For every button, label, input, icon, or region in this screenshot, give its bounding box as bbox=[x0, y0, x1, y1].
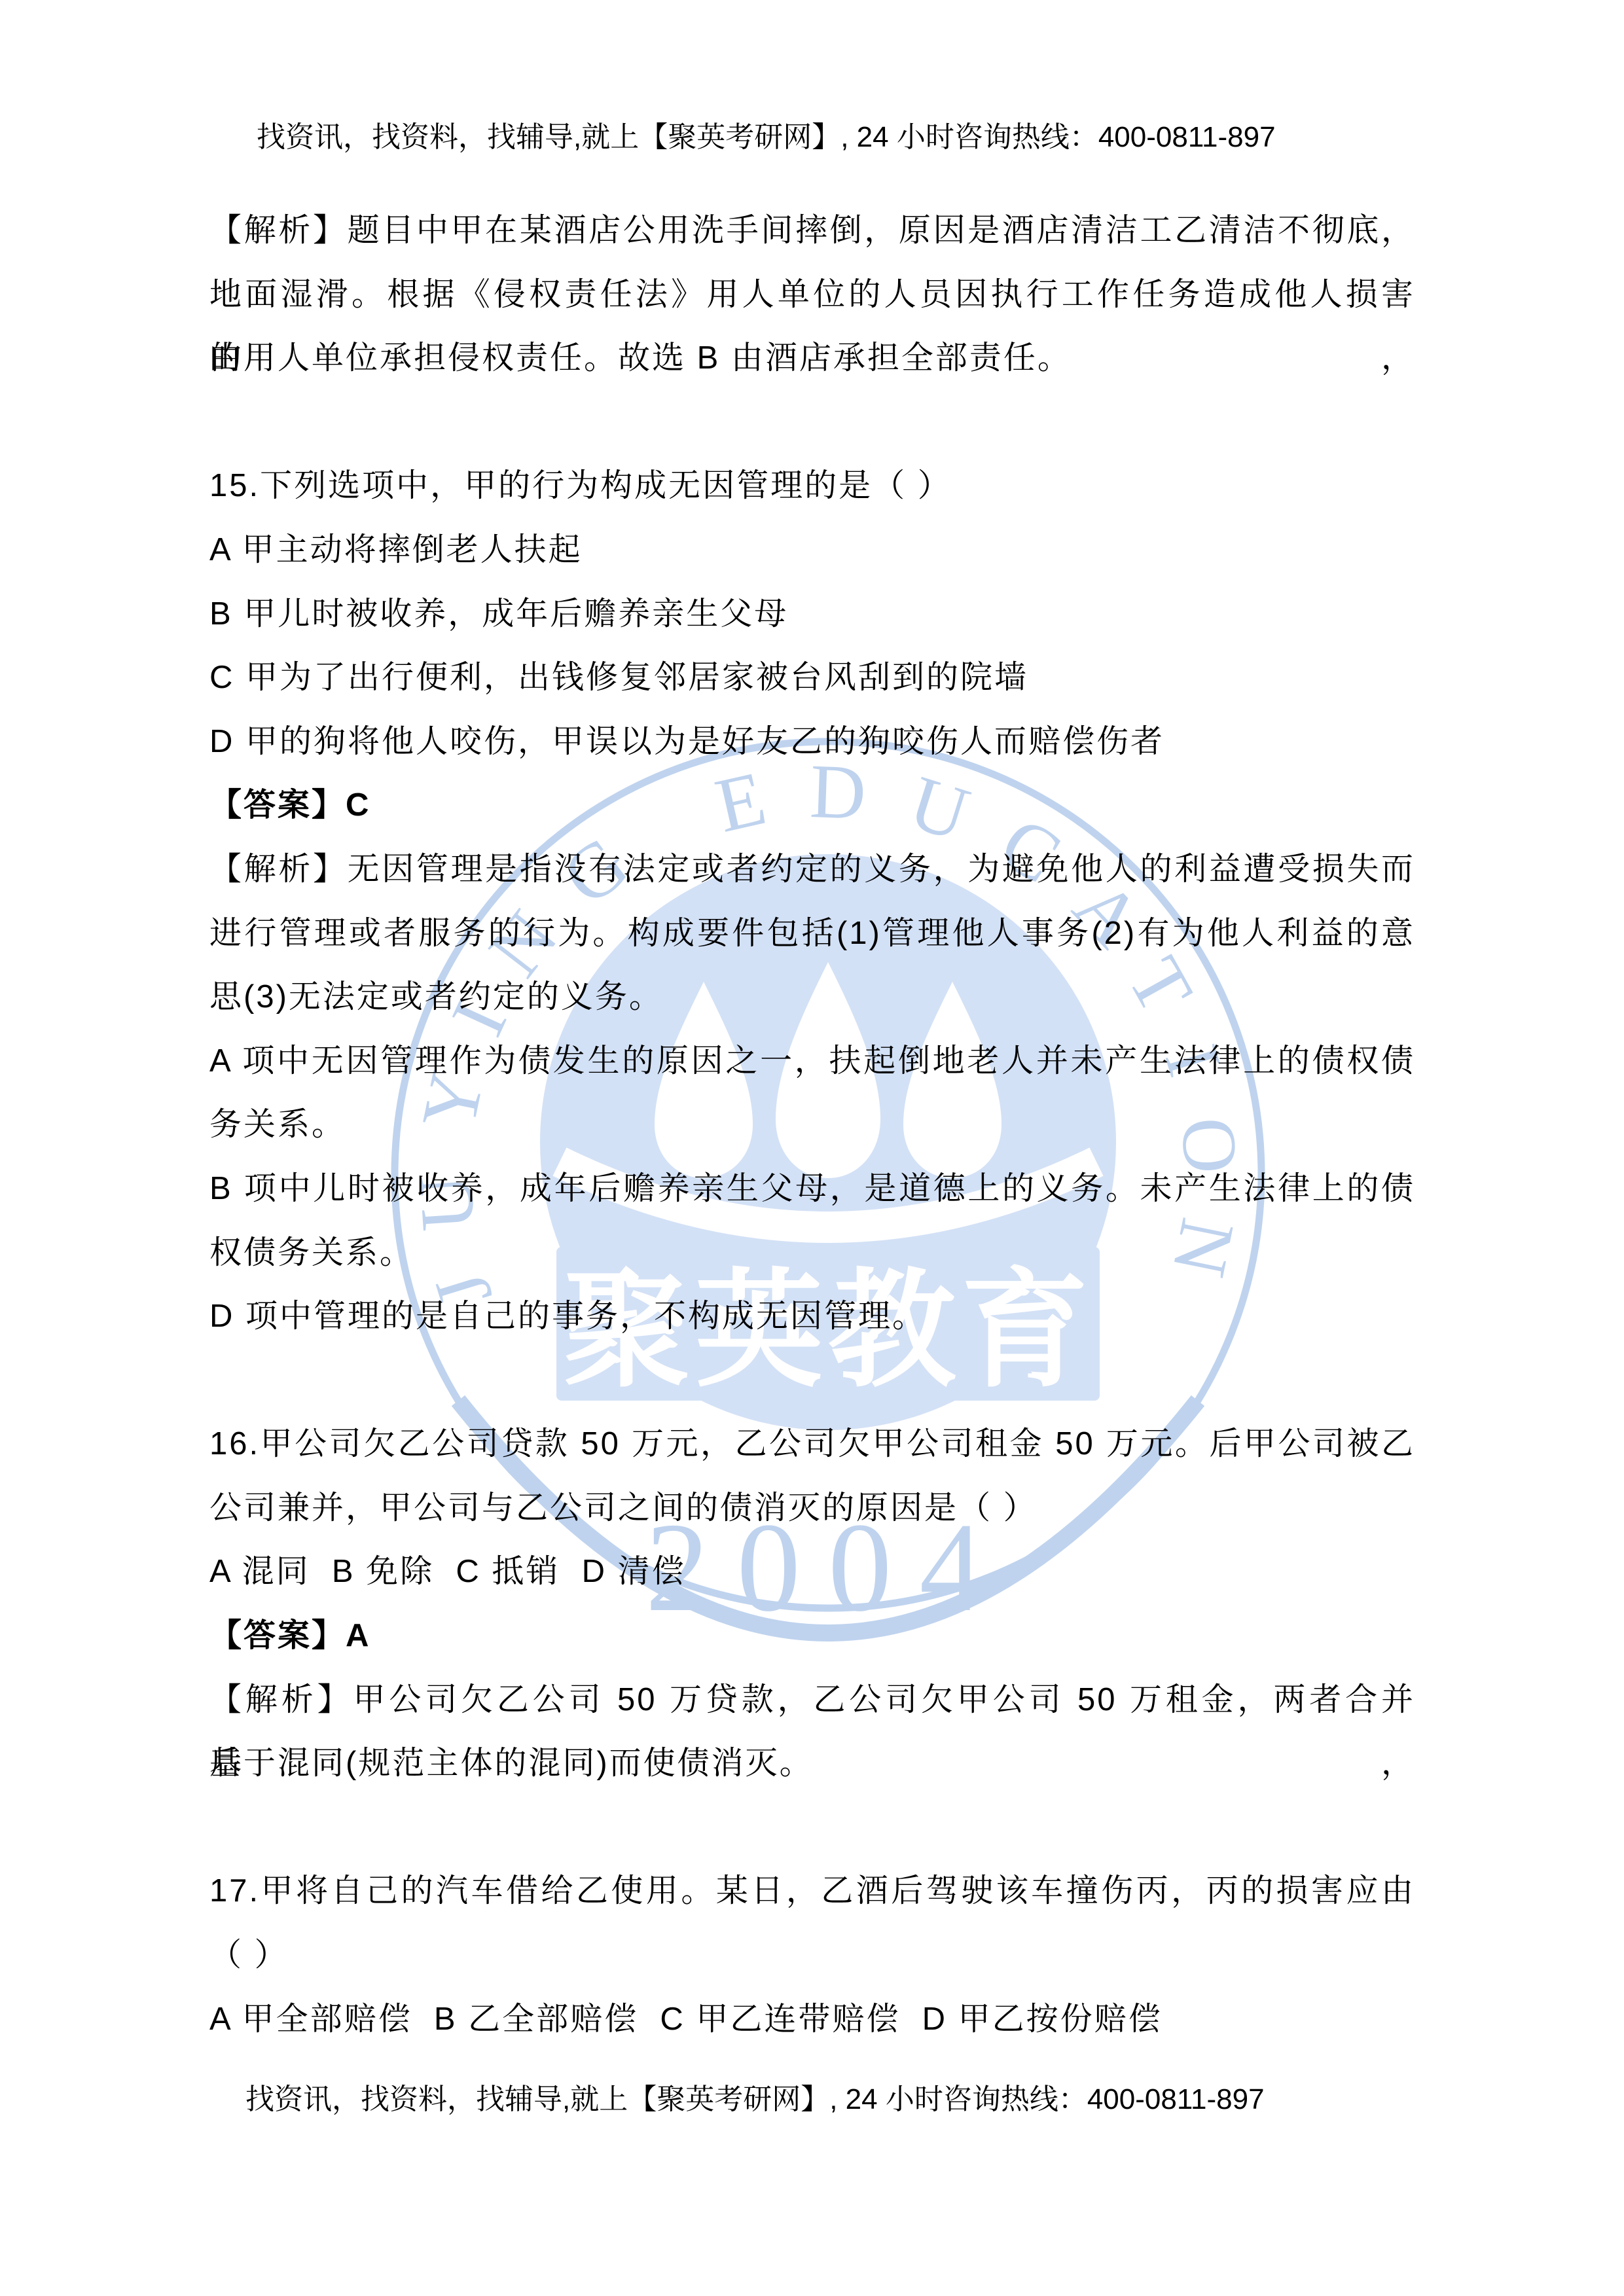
question-title: 15.下列选项中，甲的行为构成无因管理的是（ ） bbox=[209, 454, 1415, 518]
text-line: 务关系。 bbox=[209, 1093, 1415, 1157]
page-footer: 找资讯，找资料，找辅导,就上【聚英考研网】, 24 小时咨询热线：400-081… bbox=[245, 2085, 1265, 2114]
answer-line: 【答案】A bbox=[209, 1604, 1415, 1668]
text-line: 进行管理或者服务的行为。构成要件包括(1)管理他人事务(2)有为他人利益的意 bbox=[209, 902, 1415, 966]
blank-line bbox=[209, 391, 1415, 455]
text-line: 【解析】题目中甲在某酒店公用洗手间摔倒，原因是酒店清洁工乙清洁不彻底， bbox=[209, 199, 1415, 263]
text-line: 地面湿滑。根据《侵权责任法》用人单位的人员因执行工作任务造成他人损害的， bbox=[209, 263, 1415, 327]
text-line: 思(3)无法定或者约定的义务。 bbox=[209, 965, 1415, 1030]
question-title-cont: 公司兼并，甲公司与乙公司之间的债消灭的原因是（ ） bbox=[209, 1477, 1415, 1541]
text-line: B 项中儿时被收养，成年后赡养亲生父母，是道德上的义务。未产生法律上的债 bbox=[209, 1157, 1415, 1221]
answer-line: 【答案】C bbox=[209, 774, 1415, 838]
document-body: 【解析】题目中甲在某酒店公用洗手间摔倒，原因是酒店清洁工乙清洁不彻底， 地面湿滑… bbox=[209, 199, 1415, 2051]
option-a: A 甲主动将摔倒老人扶起 bbox=[209, 518, 1415, 583]
options-row: A 混同 B 免除 C 抵销 D 清偿 bbox=[209, 1540, 1415, 1604]
text-line: 【解析】甲公司欠乙公司 50 万贷款，乙公司欠甲公司 50 万租金，两者合并后， bbox=[209, 1668, 1415, 1732]
text-line: A 项中无因管理作为债发生的原因之一，扶起倒地老人并未产生法律上的债权债 bbox=[209, 1030, 1415, 1094]
text-line: 【解析】无因管理是指没有法定或者约定的义务，为避免他人的利益遭受损失而 bbox=[209, 838, 1415, 902]
page-header: 找资讯，找资料，找辅导,就上【聚英考研网】, 24 小时咨询热线：400-081… bbox=[257, 123, 1276, 152]
option-d: D 甲的狗将他人咬伤，甲误以为是好友乙的狗咬伤人而赔偿伤者 bbox=[209, 710, 1415, 774]
question-title: 17.甲将自己的汽车借给乙使用。某日，乙酒后驾驶该车撞伤丙，丙的损害应由 bbox=[209, 1859, 1415, 1924]
blank-line bbox=[209, 1349, 1415, 1413]
text-line: D 项中管理的是自己的事务，不构成无因管理。 bbox=[209, 1285, 1415, 1349]
blank-line bbox=[209, 1796, 1415, 1860]
option-c: C 甲为了出行便利，出钱修复邻居家被台风刮到的院墙 bbox=[209, 646, 1415, 710]
option-b: B 甲儿时被收养，成年后赡养亲生父母 bbox=[209, 583, 1415, 647]
document-page: JUYING EDUCATION 聚英教育 2004 找资讯，找资料，找辅导,就… bbox=[0, 0, 1624, 2296]
options-row: A 甲全部赔偿 B 乙全部赔偿 C 甲乙连带赔偿 D 甲乙按份赔偿 bbox=[209, 1988, 1415, 2052]
text-line: 权债务关系。 bbox=[209, 1221, 1415, 1285]
question-title: 16.甲公司欠乙公司贷款 50 万元，乙公司欠甲公司租金 50 万元。后甲公司被… bbox=[209, 1412, 1415, 1477]
question-title-cont: （ ） bbox=[209, 1924, 1415, 1988]
